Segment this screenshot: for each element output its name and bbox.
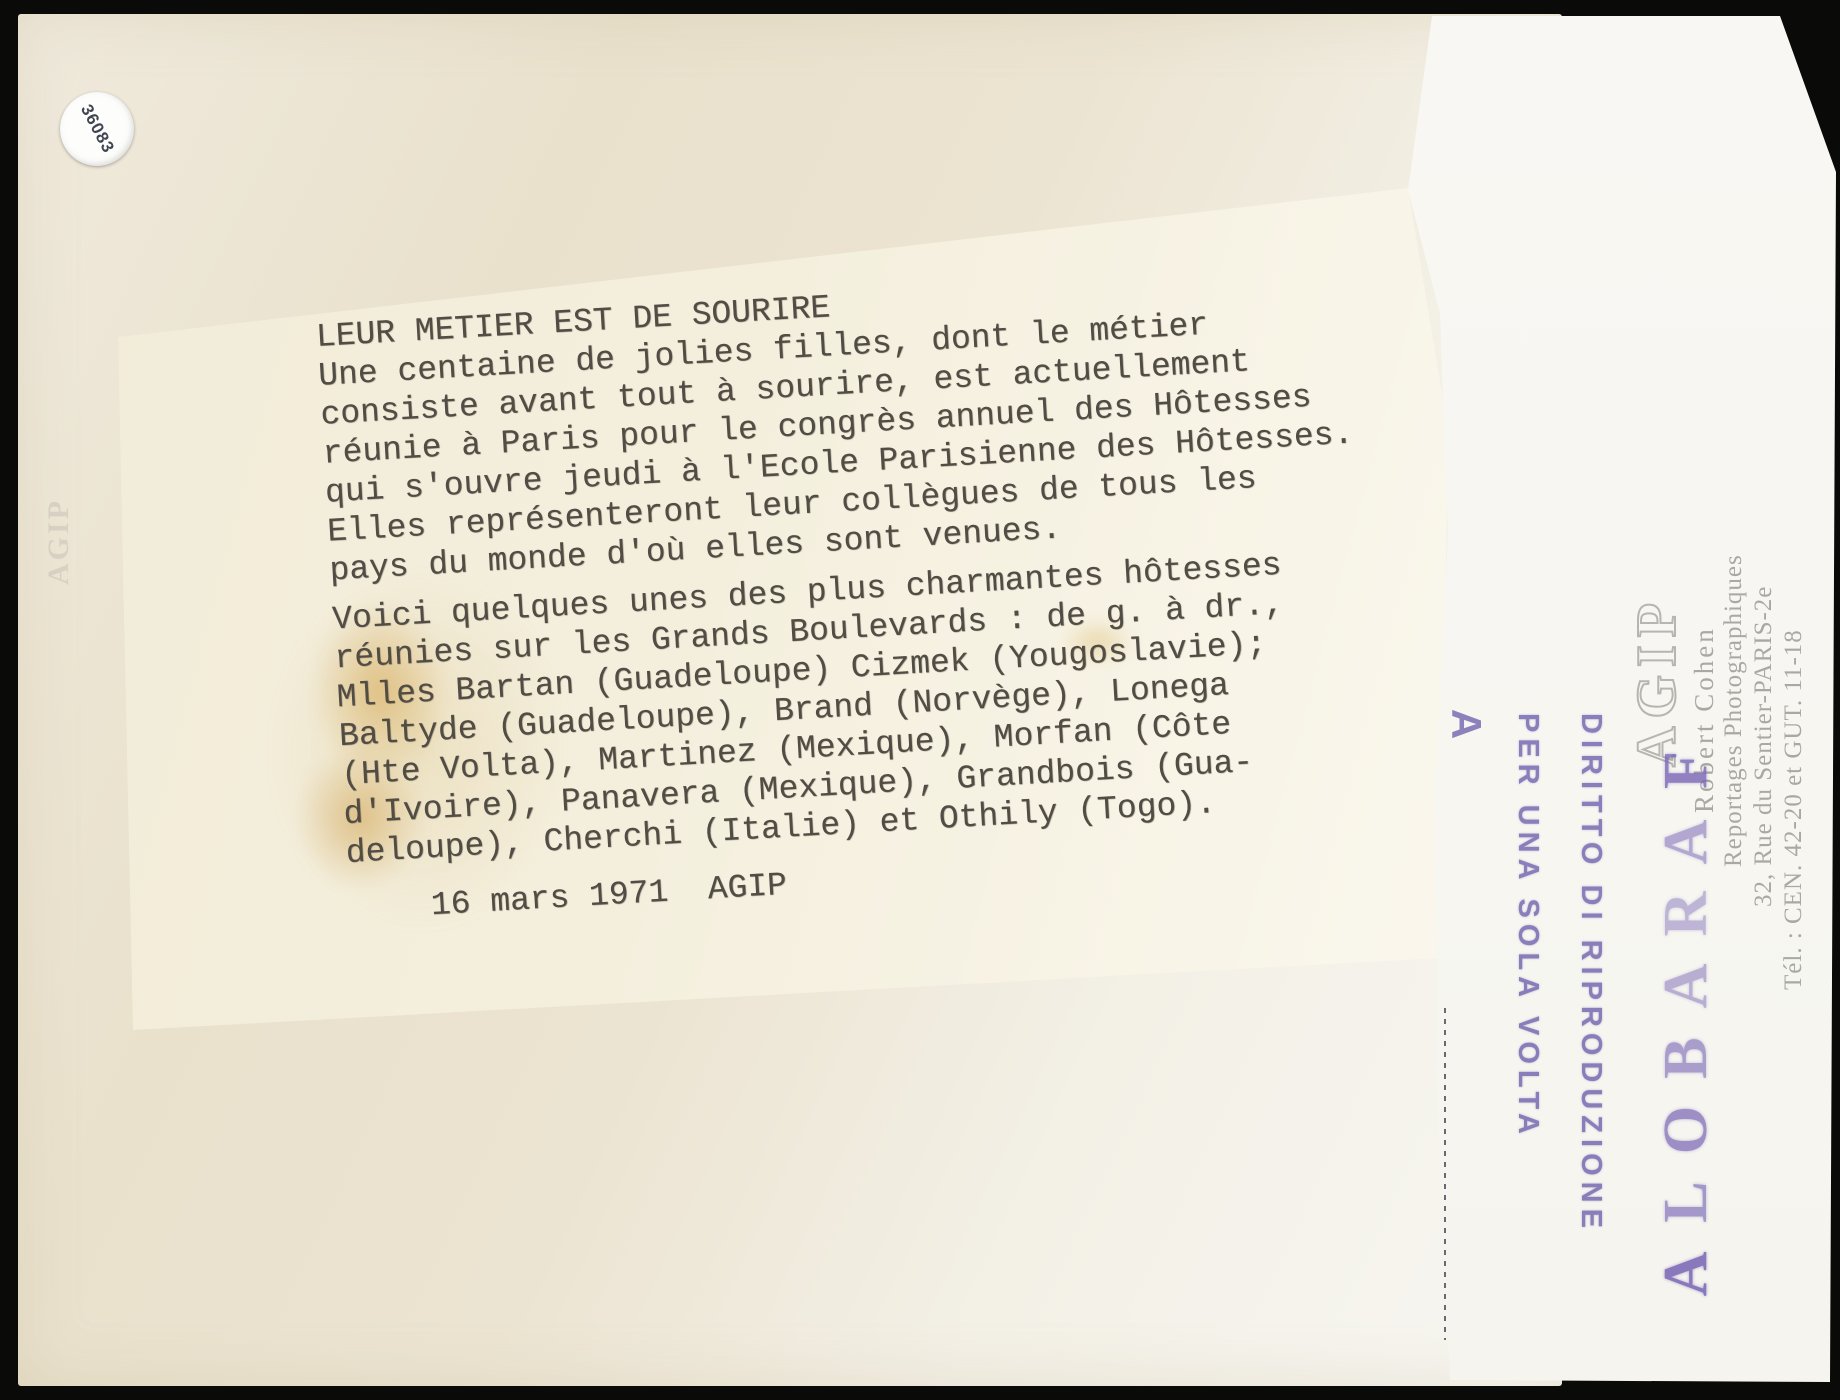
ghost-agip-text: AGIP [42, 455, 82, 585]
rights-line: DIRITTO DI RIPRODUZIONE [1559, 713, 1622, 1290]
scanned-photo-verso: AGIP LEUR METIER EST DE SOURIRE Une cent… [0, 0, 1840, 1400]
perforation-dotted-line [1444, 1008, 1446, 1340]
rights-line: PER UNA SOLA VOLTA [1496, 713, 1559, 1290]
agency-phone: Tél. : CEN. 42-20 et GUT. 11-18 [1779, 505, 1809, 990]
farabola-letter: A [1650, 1234, 1722, 1314]
farabola-stamp: F A R A B O L A [1646, 734, 1726, 1310]
farabola-letter: O [1650, 1090, 1722, 1170]
typed-caption: LEUR METIER EST DE SOURIRE Une centaine … [315, 254, 1463, 930]
reproduction-rights-stamp: DIRITTO DI RIPRODUZIONE PER UNA SOLA VOL… [1496, 713, 1622, 1290]
agency-address: 32, Rue du Sentier-PARIS-2e [1749, 505, 1779, 990]
farabola-letter: A [1650, 946, 1722, 1026]
archive-number: 36083 [76, 101, 118, 157]
farabola-letter: L [1650, 1162, 1722, 1242]
farabola-letter: R [1650, 874, 1722, 954]
farabola-letter: A [1650, 802, 1722, 882]
farabola-letter: F [1650, 730, 1722, 810]
reproduction-rights-block: DIRITTO DI RIPRODUZIONE PER UNA SOLA VOL… [1496, 713, 1622, 1290]
archive-sticker: 36083 [60, 92, 134, 166]
stamp-letter-a: A [1438, 696, 1494, 752]
ghost-agip-imprint: AGIP [42, 455, 82, 585]
farabola-letter: B [1650, 1018, 1722, 1098]
